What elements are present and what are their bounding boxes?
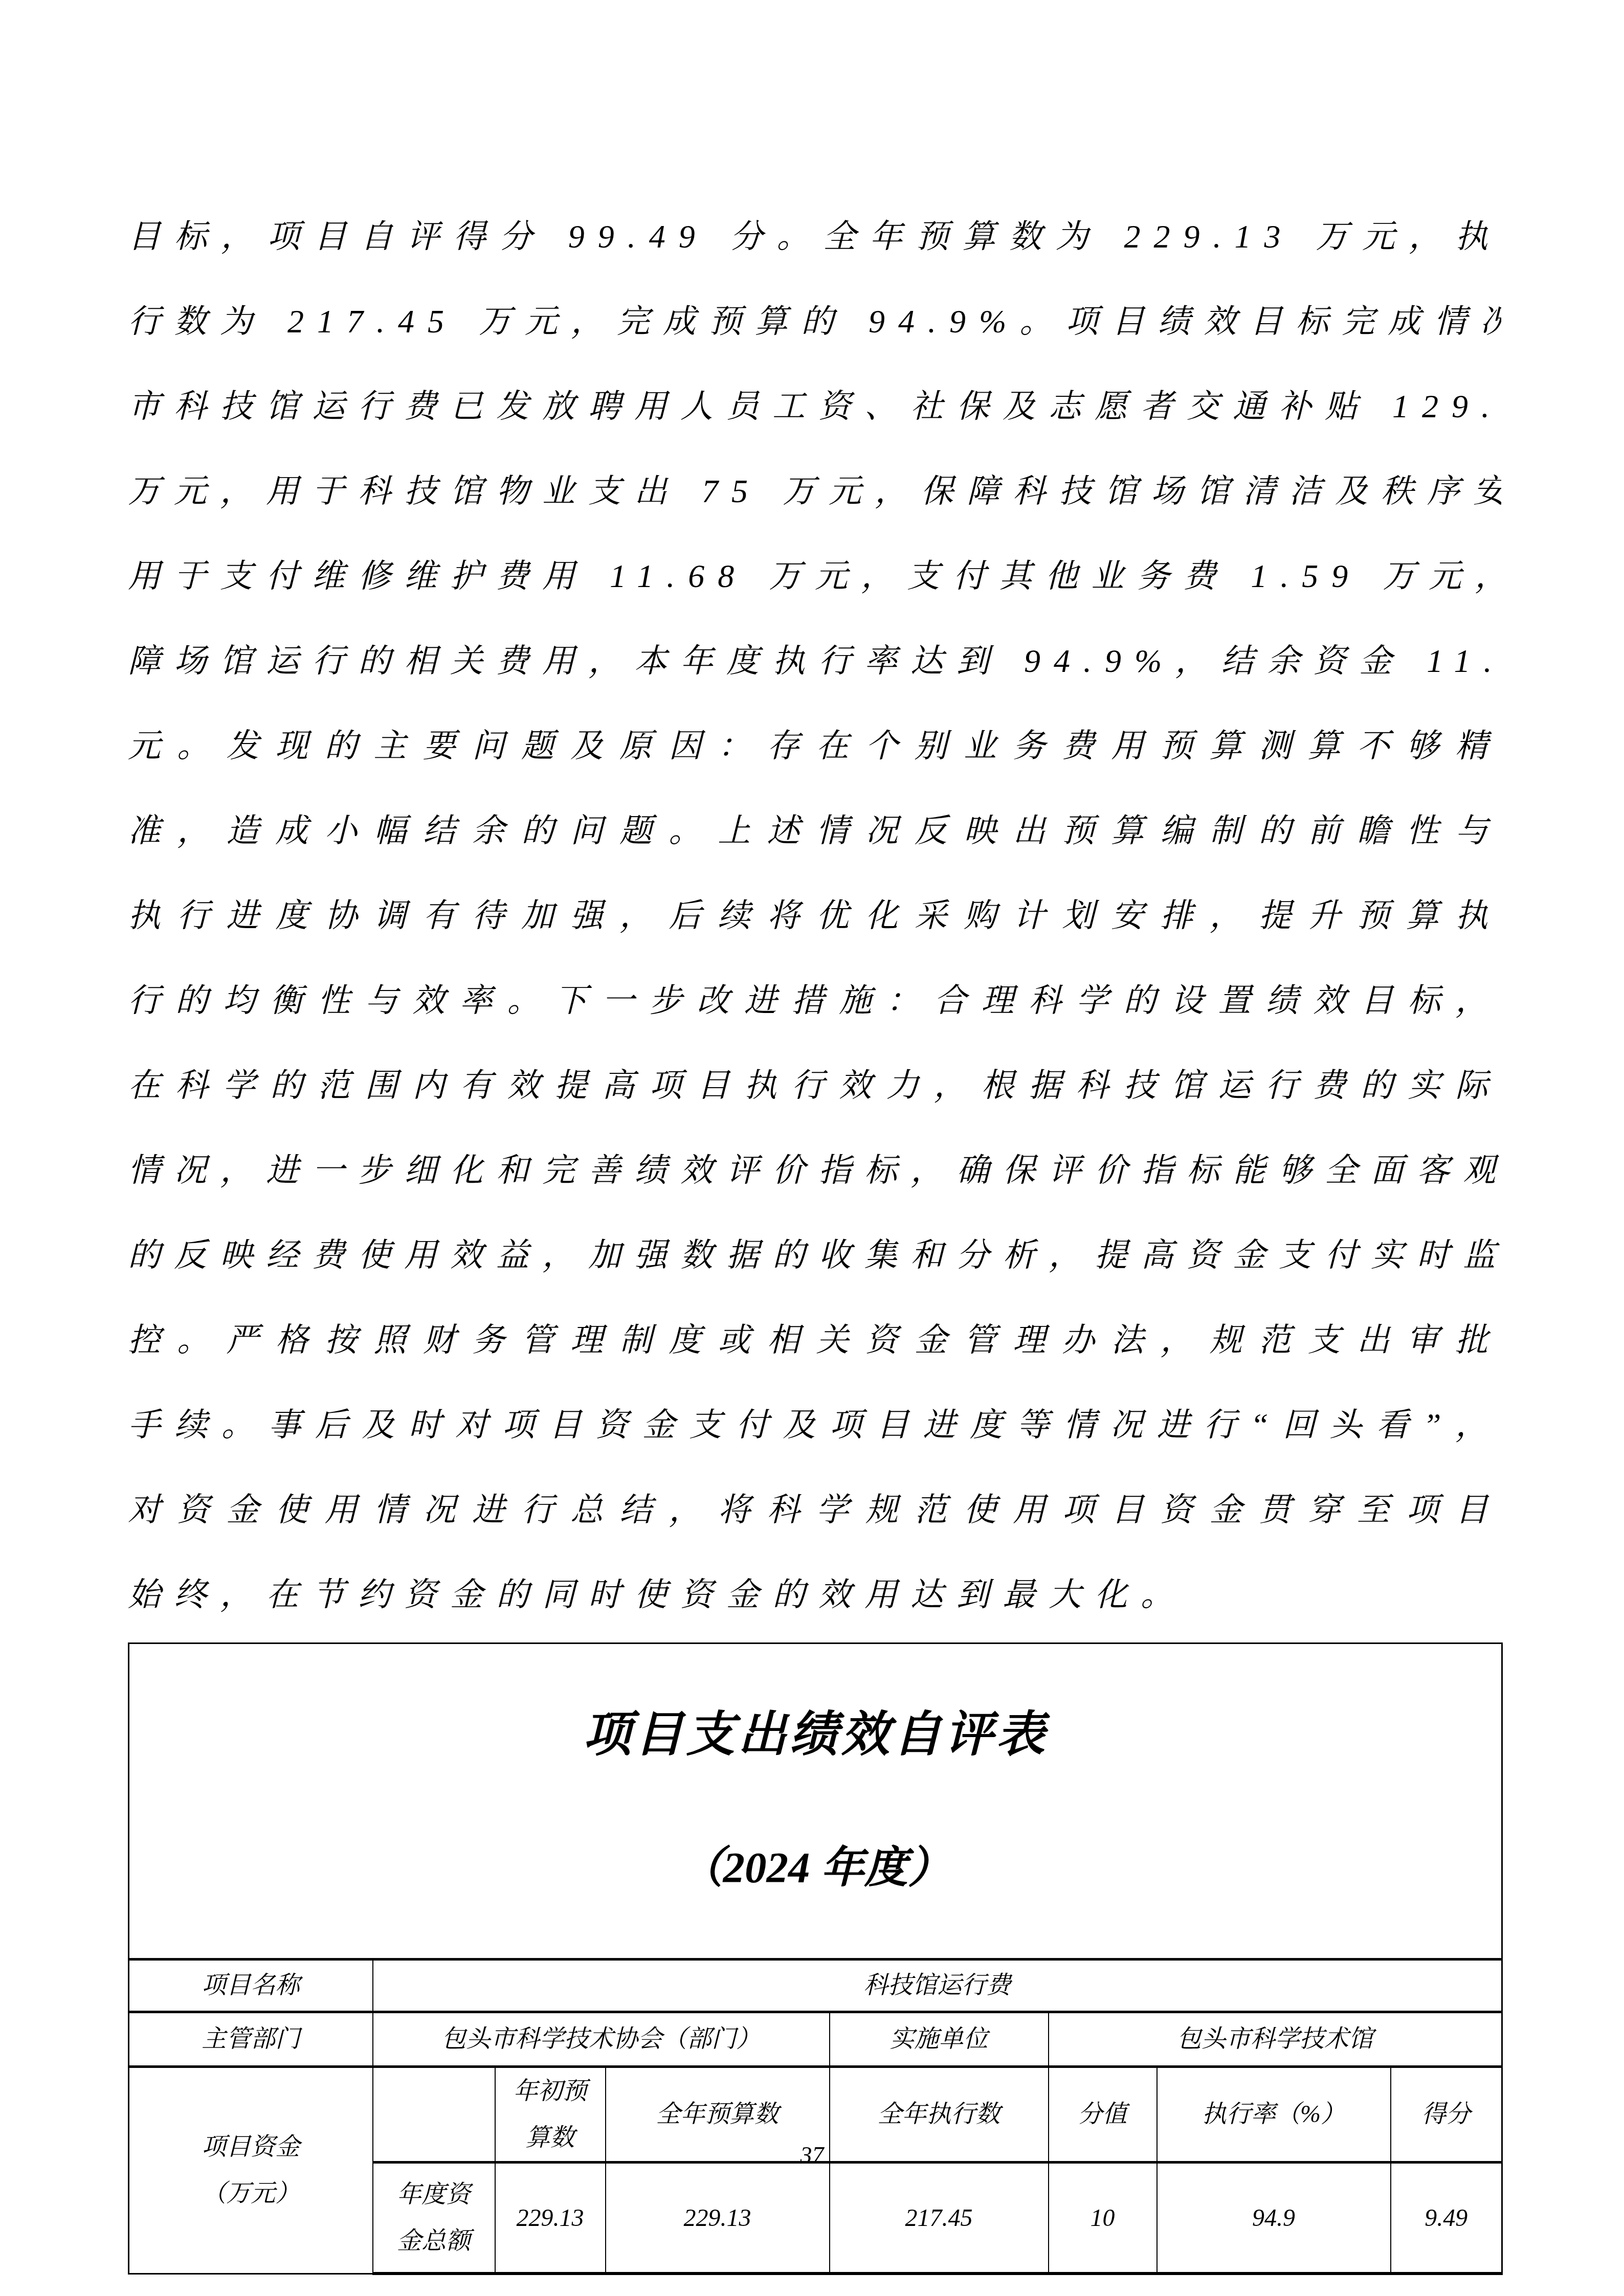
project-name-value: 科技馆运行费 [373, 1959, 1502, 2012]
page-number: 37 [0, 2142, 1624, 2169]
body-text: 目标，项目自评得分 99.49 分。全年预算数为 229.13 万元，执行数为 … [128, 194, 1501, 1637]
project-name-label: 项目名称 [129, 1959, 373, 2012]
body-text-line: 行的均衡性与效率。下一步改进措施：合理科学的设置绩效目标， [128, 958, 1501, 1043]
body-text-line: 情况，进一步细化和完善绩效评价指标，确保评价指标能够全面客观 [128, 1128, 1501, 1213]
impl-unit-label: 实施单位 [830, 2012, 1049, 2066]
body-text-line: 在科学的范围内有效提高项目执行效力，根据科技馆运行费的实际 [128, 1043, 1501, 1128]
body-text-line: 元。发现的主要问题及原因：存在个别业务费用预算测算不够精 [128, 704, 1501, 789]
value-year-budget: 229.13 [606, 2162, 830, 2274]
value-exec-rate: 94.9 [1157, 2162, 1391, 2274]
value-score: 9.49 [1391, 2162, 1502, 2274]
fund-label: 项目资金 （万元） [129, 2066, 373, 2274]
table-subtitle: （2024 年度） [129, 1825, 1501, 1911]
body-text-line: 控。严格按照财务管理制度或相关资金管理办法，规范支出审批 [128, 1298, 1501, 1383]
body-text-line: 的反映经费使用效益，加强数据的收集和分析，提高资金支付实时监 [128, 1213, 1501, 1298]
body-text-line: 市科技馆运行费已发放聘用人员工资、社保及志愿者交通补贴 129.18 [128, 364, 1501, 449]
value-score-value: 10 [1049, 2162, 1157, 2274]
body-text-line: 准，造成小幅结余的问题。上述情况反映出预算编制的前瞻性与 [128, 789, 1501, 873]
document-page: 目标，项目自评得分 99.49 分。全年预算数为 229.13 万元，执行数为 … [0, 0, 1624, 2296]
body-text-line: 始终，在节约资金的同时使资金的效用达到最大化。 [128, 1552, 1501, 1637]
dept-label: 主管部门 [129, 2012, 373, 2066]
annual-total-label: 年度资 金总额 [373, 2162, 495, 2274]
body-text-line: 用于支付维修维护费用 11.68 万元，支付其他业务费 1.59 万元，以保 [128, 534, 1501, 619]
self-eval-table: 项目支出绩效自评表 （2024 年度） 项目名称 科技馆运行费 主管部门 包头市… [128, 1642, 1503, 2275]
table-title-cell: 项目支出绩效自评表 （2024 年度） [129, 1644, 1502, 1960]
body-text-line: 万元，用于科技馆物业支出 75 万元，保障科技馆场馆清洁及秩序安全； [128, 449, 1501, 534]
body-text-line: 手续。事后及时对项目资金支付及项目进度等情况进行“回头看”， [128, 1383, 1501, 1468]
dept-value: 包头市科学技术协会（部门） [373, 2012, 830, 2066]
body-text-line: 目标，项目自评得分 99.49 分。全年预算数为 229.13 万元，执 [128, 194, 1501, 279]
table-title: 项目支出绩效自评表 [129, 1691, 1501, 1779]
body-text-line: 对资金使用情况进行总结，将科学规范使用项目资金贯穿至项目 [128, 1468, 1501, 1552]
body-text-line: 行数为 217.45 万元，完成预算的 94.9%。项目绩效目标完成情况： [128, 279, 1501, 364]
body-text-line: 障场馆运行的相关费用，本年度执行率达到 94.9%，结余资金 11.68 万 [128, 619, 1501, 704]
impl-unit-value: 包头市科学技术馆 [1049, 2012, 1502, 2066]
value-year-exec: 217.45 [830, 2162, 1049, 2274]
body-text-line: 执行进度协调有待加强，后续将优化采购计划安排，提升预算执 [128, 873, 1501, 958]
value-begin-budget: 229.13 [495, 2162, 606, 2274]
